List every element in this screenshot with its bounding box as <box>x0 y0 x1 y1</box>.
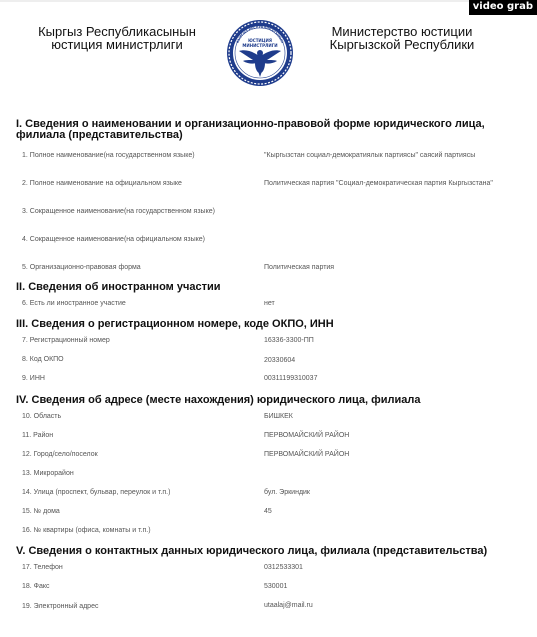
section-title-address: IV. Сведения об адресе (месте нахождения… <box>16 395 521 406</box>
row-label: 9. ИНН <box>22 375 45 383</box>
row-label: 7. Регистрационный номер <box>22 337 110 345</box>
row-label: 17. Телефон <box>22 564 63 572</box>
row-label: 15. № дома <box>22 508 60 516</box>
video-grab-badge: video grab <box>469 0 537 15</box>
row-label: 8. Код ОКПО <box>22 356 64 364</box>
row-label: 5. Организационно-правовая форма <box>22 264 141 272</box>
header-title-russian: Министерство юстиции Кыргызской Республи… <box>322 25 482 51</box>
row-value: ПЕРВОМАЙСКИЙ РАЙОН <box>264 432 349 440</box>
row-label: 10. Область <box>22 413 61 421</box>
row-value: 00311199310037 <box>264 375 317 383</box>
row-value: 0312533301 <box>264 564 303 572</box>
section-title-naming: I. Сведения о наименовании и организацио… <box>16 119 521 141</box>
row-value: 530001 <box>264 583 287 591</box>
row-label: 2. Полное наименование на официальном яз… <box>22 180 182 188</box>
row-value: 16336-3300-ПП <box>264 337 314 345</box>
row-value: ПЕРВОМАЙСКИЙ РАЙОН <box>264 451 349 459</box>
row-value: Политическая партия <box>264 264 334 272</box>
section-title-contacts: V. Сведения о контактных данных юридичес… <box>16 546 521 557</box>
row-label: 1. Полное наименование(на государственно… <box>22 152 195 160</box>
row-value: 45 <box>264 508 272 516</box>
row-label: 16. № квартиры (офиса, комнаты и т.п.) <box>22 527 151 535</box>
header-right-line2: Кыргызской Республики <box>322 38 482 51</box>
row-label: 13. Микрорайон <box>22 470 74 478</box>
row-label: 3. Сокращенное наименование(на государст… <box>22 208 215 216</box>
row-value: 20330604 <box>264 357 295 365</box>
ministry-emblem-icon: КЫРГЫЗ РЕСПУБЛИКАСЫНЫН ЮСТИЦИЯ МИНИСТРЛИ… <box>225 13 295 93</box>
row-label: 4. Сокращенное наименование(на официальн… <box>22 236 205 244</box>
row-value: Политическая партия "Социал-демократичес… <box>264 180 493 188</box>
row-value: utaalaj@mail.ru <box>264 602 313 610</box>
row-label: 14. Улица (проспект, бульвар, переулок и… <box>22 489 170 497</box>
row-value: бул. Эркиндик <box>264 489 310 497</box>
row-value: БИШКЕК <box>264 413 293 421</box>
header-title-kyrgyz: Кыргыз Республикасынын юстиция министрли… <box>22 25 212 51</box>
row-value: нет <box>264 300 275 308</box>
header: Кыргыз Республикасынын юстиция министрли… <box>0 0 537 110</box>
row-label: 19. Электронный адрес <box>22 603 98 611</box>
emblem-text-line2: МИНИСТРЛИГИ <box>242 43 277 48</box>
section-title-foreign-participation: II. Сведения об иностранном участии <box>16 282 521 293</box>
row-label: 18. Факс <box>22 583 50 591</box>
row-label: 6. Есть ли иностранное участие <box>22 300 126 308</box>
header-left-line2: юстиция министрлиги <box>22 38 212 51</box>
row-value: "Кыргызстан социал-демократиялык партияс… <box>264 152 475 160</box>
row-label: 12. Город/село/поселок <box>22 451 98 459</box>
section-title-registration: III. Сведения о регистрационном номере, … <box>16 319 521 330</box>
row-label: 11. Район <box>22 432 53 440</box>
